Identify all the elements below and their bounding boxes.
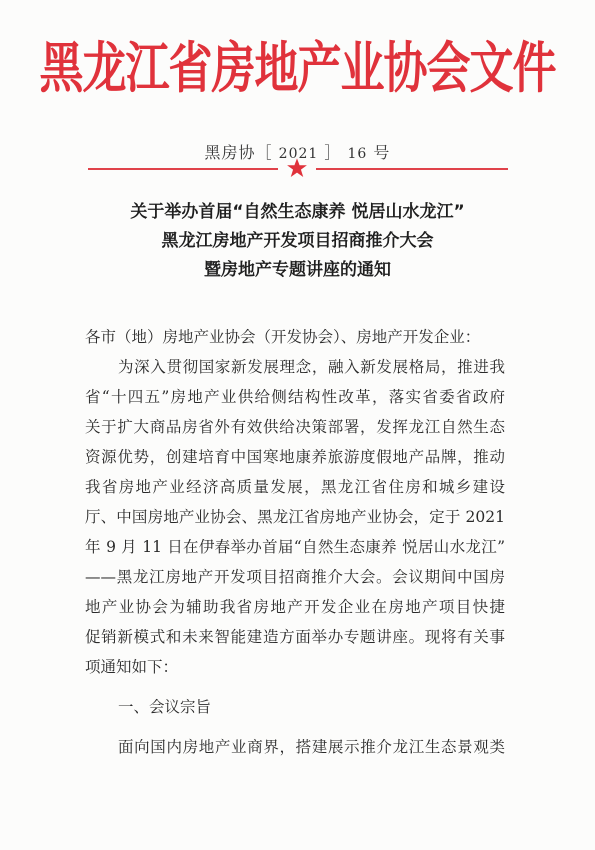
document-page: 黑龙江省房地产业协会文件 黑房协［ 2021 ］ 16 号 关于举办首届“自然生… [0,0,595,850]
doc-number-suffix: 号 [373,143,390,162]
paragraph-line: 促销新模式和未来智能建造方面举办专题讲座。现将有关事 [85,630,505,646]
paragraph-line: 关于扩大商品房省外有效供给决策部署，发挥龙江自然生态 [85,420,505,436]
doc-number-no: 16 [348,146,368,162]
paragraph-line: 厅、中国房地产业协会、黑龙江省房地产业协会，定于 2021 [85,510,505,526]
section-heading: 一、会议宗旨 [118,700,505,716]
red-divider-right [316,168,508,170]
paragraph-line: 项通知如下： [85,660,505,676]
paragraph-line: ——黑龙江房地产开发项目招商推介大会。会议期间中国房 [85,570,505,586]
salutation: 各市（地）房地产业协会（开发协会）、房地产开发企业： [85,330,505,346]
notice-title-line-2: 黑龙江房地产开发项目招商推介大会 [0,233,595,250]
paragraph-line: 年 9 月 11 日在伊春举办首届“自然生态康养 悦居山水龙江” [85,540,505,556]
paragraph-line: 资源优势，创建培育中国寒地康养旅游度假地产品牌，推动 [85,450,505,466]
paragraph-line: 为深入贯彻国家新发展理念，融入新发展格局，推进我 [118,360,505,376]
red-star-icon [286,157,308,179]
notice-title-line-3: 暨房地产专题讲座的通知 [0,262,595,279]
section-text: 面向国内房地产业商界，搭建展示推介龙江生态景观类 [118,740,505,756]
paragraph-line: 地产业协会为辅助我省房地产开发企业在房地产项目快捷 [85,600,505,616]
paragraph-line: 我省房地产业经济高质量发展，黑龙江省住房和城乡建设 [85,480,505,496]
masthead-title: 黑龙江省房地产业协会文件 [0,42,595,97]
doc-number-mid: ］ [324,143,341,162]
notice-title-line-1: 关于举办首届“自然生态康养 悦居山水龙江” [0,204,595,221]
paragraph-line: 省“十四五”房地产业供给侧结构性改革，落实省委省政府 [85,390,505,406]
doc-number-prefix: 黑房协［ [205,143,273,162]
red-divider-left [88,168,278,170]
